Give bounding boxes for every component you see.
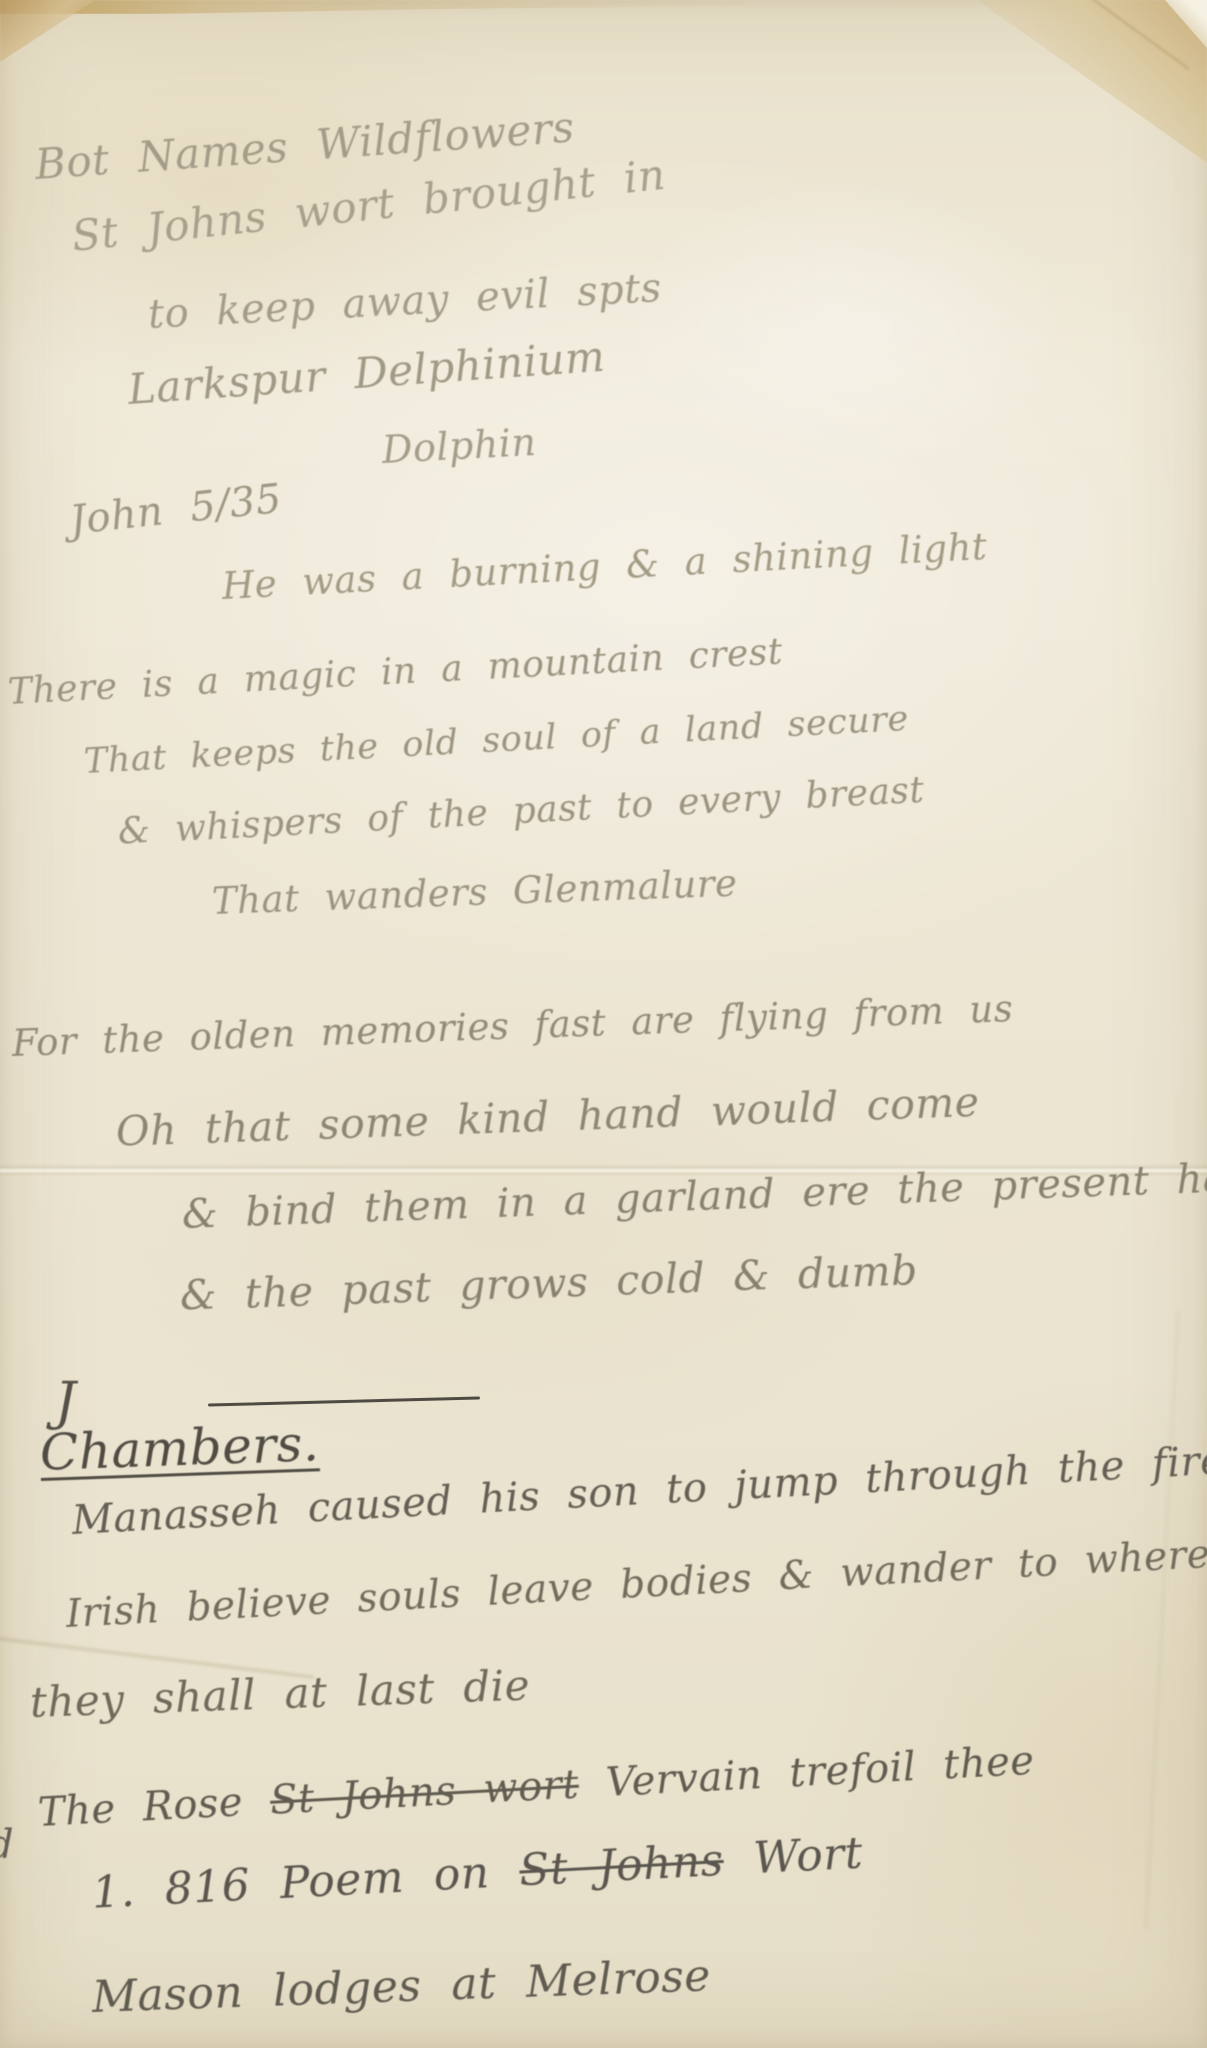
- text-segment: & whispers of the past to every breast: [117, 770, 925, 853]
- line-burning-light: He was a burning & a shining light: [221, 525, 988, 608]
- pencil-dash-stroke: [208, 1396, 480, 1406]
- struck-text-segment: St Johns wort: [269, 1762, 580, 1824]
- struck-text-segment: St Johns: [518, 1835, 725, 1897]
- text-segment: He was a burning & a shining light: [221, 525, 988, 608]
- line-chambers: Chambers.: [39, 1414, 320, 1482]
- line-old-soul: That keeps the old soul of a land secure: [83, 699, 910, 782]
- line-whispers: & whispers of the past to every breast: [117, 770, 925, 853]
- text-segment: Vervain trefoil thee: [578, 1738, 1036, 1808]
- text-segment: Chambers.: [39, 1414, 320, 1482]
- line-larkspur: Larkspur Delphinium: [126, 332, 607, 414]
- line-cold-dumb: & the past grows cold & dumb: [179, 1246, 918, 1320]
- text-segment: d: [0, 1822, 14, 1868]
- line-at-last-die: they shall at last die: [29, 1661, 531, 1727]
- manuscript-page: Bot Names WildflowersSt Johns wort broug…: [0, 0, 1207, 2048]
- line-irish-souls: Irish believe souls leave bodies & wande…: [65, 1532, 1207, 1637]
- line-john-5-35: John 5/35: [68, 476, 284, 544]
- line-magic-crest: There is a magic in a mountain crest: [7, 631, 784, 713]
- line-rose-vervain: The Rose St Johns wort Vervain trefoil t…: [37, 1738, 1036, 1836]
- line-dolphin: Dolphin: [381, 420, 538, 472]
- text-segment: Larkspur Delphinium: [126, 332, 607, 414]
- text-segment: There is a magic in a mountain crest: [7, 631, 784, 713]
- text-segment: they shall at last die: [29, 1661, 531, 1727]
- line-kind-hand: Oh that some kind hand would come: [115, 1078, 980, 1156]
- text-segment: & the past grows cold & dumb: [179, 1246, 918, 1320]
- text-segment: That wanders Glenmalure: [211, 862, 738, 923]
- text-segment: Irish believe souls leave bodies & wande…: [65, 1532, 1207, 1637]
- text-segment: That keeps the old soul of a land secure: [83, 699, 910, 782]
- line-glenmalure: That wanders Glenmalure: [211, 862, 738, 923]
- text-segment: For the olden memories fast are flying f…: [11, 987, 1014, 1065]
- line-olden-memories: For the olden memories fast are flying f…: [11, 987, 1014, 1065]
- text-segment: Mason lodges at Melrose: [91, 1950, 711, 2023]
- line-margin-fragment: d: [0, 1822, 14, 1868]
- text-segment: Dolphin: [381, 420, 538, 472]
- text-segment: Wort: [722, 1828, 864, 1886]
- line-poem-ref: 1. 816 Poem on St Johns Wort: [91, 1828, 864, 1919]
- line-keep-away: to keep away evil spts: [147, 265, 663, 338]
- text-segment: The Rose: [37, 1778, 272, 1836]
- text-segment: to keep away evil spts: [147, 265, 663, 338]
- text-segment: John 5/35: [68, 476, 284, 544]
- line-mason-lodges: Mason lodges at Melrose: [91, 1950, 711, 2023]
- right-edge-crease: [1145, 1310, 1179, 1929]
- text-segment: Oh that some kind hand would come: [115, 1078, 980, 1156]
- top-right-corner-fold: [977, 0, 1207, 185]
- text-segment: 1. 816 Poem on: [91, 1846, 521, 1919]
- top-left-corner-fold: [0, 0, 95, 62]
- top-edge-discoloration: [0, 0, 790, 14]
